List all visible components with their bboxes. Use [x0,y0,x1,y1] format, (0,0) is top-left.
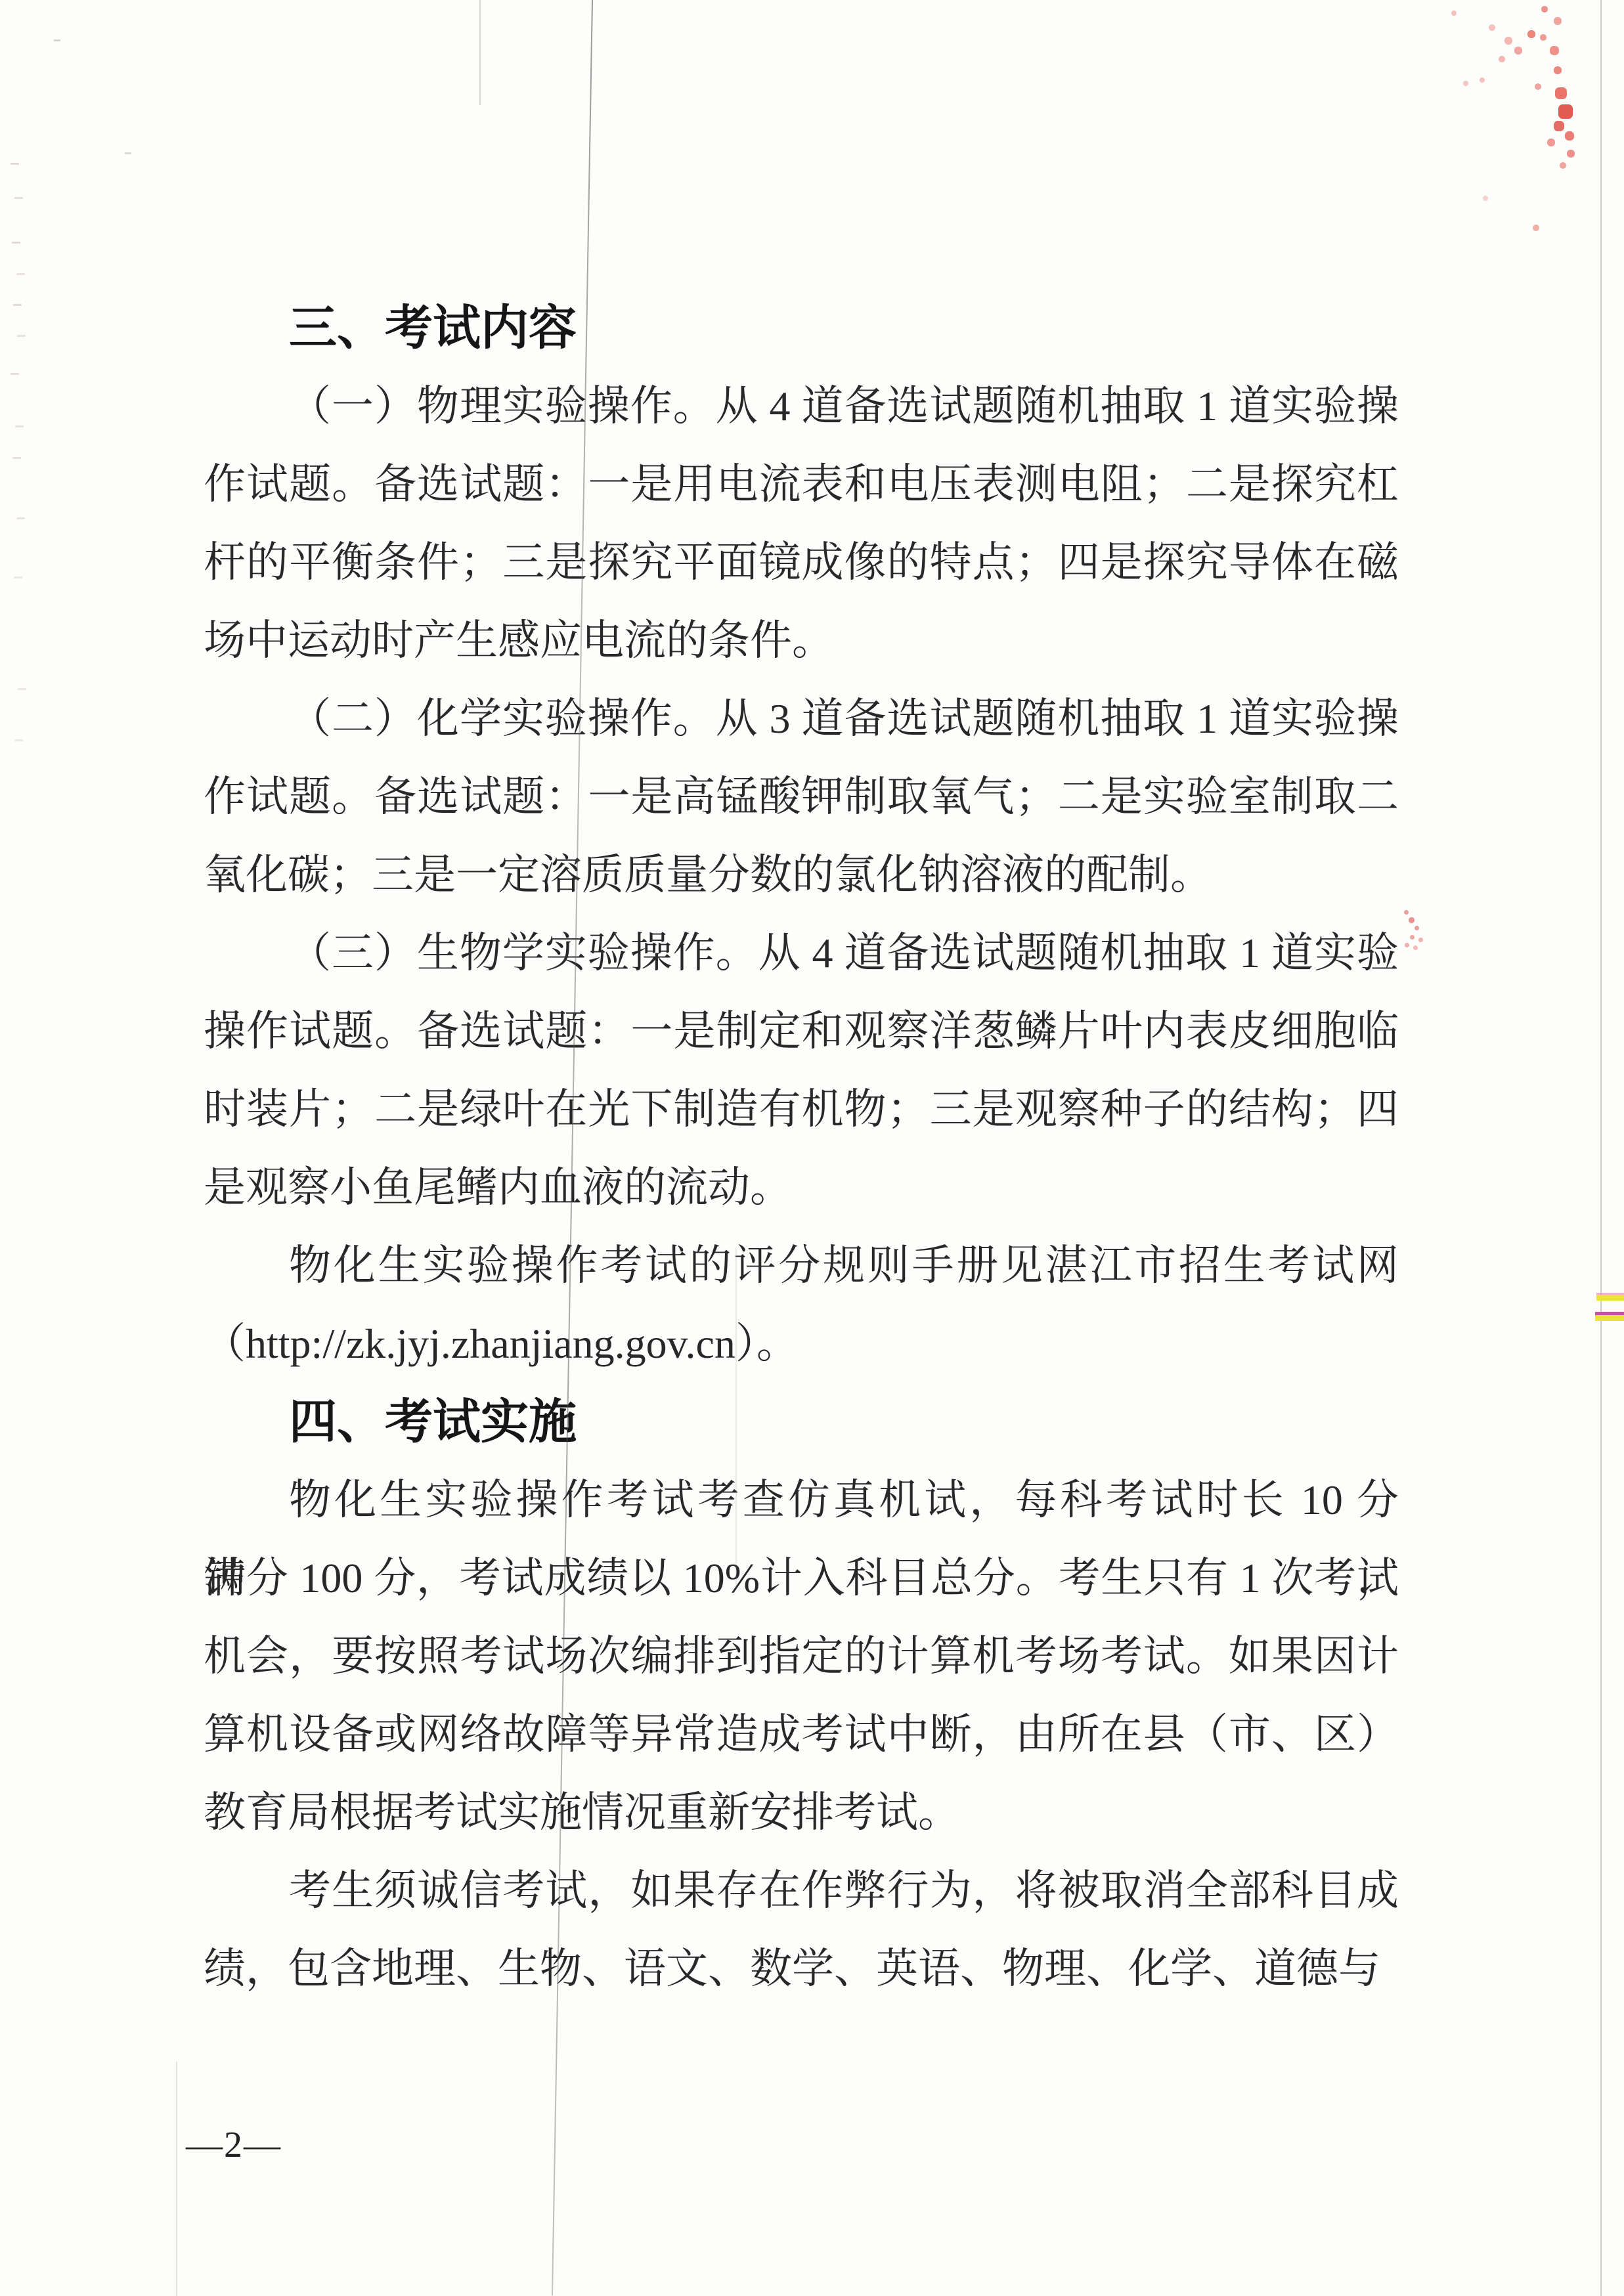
scan-streak-top [479,0,481,105]
body-text-line: 作试题。备选试题：一是高锰酸钾制取氧气；二是实验室制取二 [204,758,1399,836]
body-text-line: 操作试题。备选试题：一是制定和观察洋葱鳞片叶内表皮细胞临 [204,992,1399,1070]
scan-fold-line-right [1600,0,1602,2296]
body-text-line: 杆的平衡条件；三是探究平面镜成像的特点；四是探究导体在磁 [204,523,1399,601]
body-text-line: 机会，要按照考试场次编排到指定的计算机考场考试。如果因计 [204,1617,1399,1695]
scan-streak-bottom-left [176,2062,177,2296]
body-text-line: （二）化学实验操作。从 3 道备选试题随机抽取 1 道实验操 [204,680,1399,758]
body-text-line: 物化生实验操作考试的评分规则手册见湛江市招生考试网 [204,1226,1399,1305]
body-text-line: 是观察小鱼尾鳍内血液的流动。 [204,1148,1399,1226]
section-heading: 四、考试实施 [204,1383,1399,1461]
body-text-line: 绩，包含地理、生物、语文、数学、英语、物理、化学、道德与 [204,1930,1399,2008]
section-heading: 三、考试内容 [204,289,1399,367]
body-text-line: 满分 100 分，考试成绩以 10%计入科目总分。考生只有 1 次考试 [204,1539,1399,1617]
body-text-line: 作试题。备选试题：一是用电流表和电压表测电阻；二是探究杠 [204,445,1399,523]
body-text-line: 教育局根据考试实施情况重新安排考试。 [204,1773,1399,1852]
page-number: —2— [186,2124,282,2166]
scanned-document-page: 三、考试内容（一）物理实验操作。从 4 道备选试题随机抽取 1 道实验操作试题。… [0,0,1624,2296]
top-left-scan-ticks [54,39,60,41]
body-text-line: 时装片；二是绿叶在光下制造有机物；三是观察种子的结构；四 [204,1070,1399,1148]
red-stamp-specks [1445,0,1447,3]
highlight-dash-2 [1595,1312,1624,1321]
body-text-line: 氧化碳；三是一定溶质质量分数的氯化钠溶液的配制。 [204,836,1399,914]
body-text-line: （http://zk.jyj.zhanjiang.gov.cn）。 [204,1305,1399,1383]
document-body: 三、考试内容（一）物理实验操作。从 4 道备选试题随机抽取 1 道实验操作试题。… [204,289,1399,2008]
red-ink-speck [1400,907,1402,909]
body-text-line: （一）物理实验操作。从 4 道备选试题随机抽取 1 道实验操 [204,367,1399,445]
left-edge-marks [11,163,19,165]
highlight-dash-1 [1596,1293,1624,1301]
body-text-line: 算机设备或网络故障等异常造成考试中断，由所在县（市、区） [204,1695,1399,1773]
body-text-line: （三）生物学实验操作。从 4 道备选试题随机抽取 1 道实验 [204,914,1399,992]
body-text-line: 物化生实验操作考试考查仿真机试，每科考试时长 10 分钟， [204,1461,1399,1539]
body-text-line: 场中运动时产生感应电流的条件。 [204,601,1399,680]
body-text-line: 考生须诚信考试，如果存在作弊行为，将被取消全部科目成 [204,1852,1399,1930]
